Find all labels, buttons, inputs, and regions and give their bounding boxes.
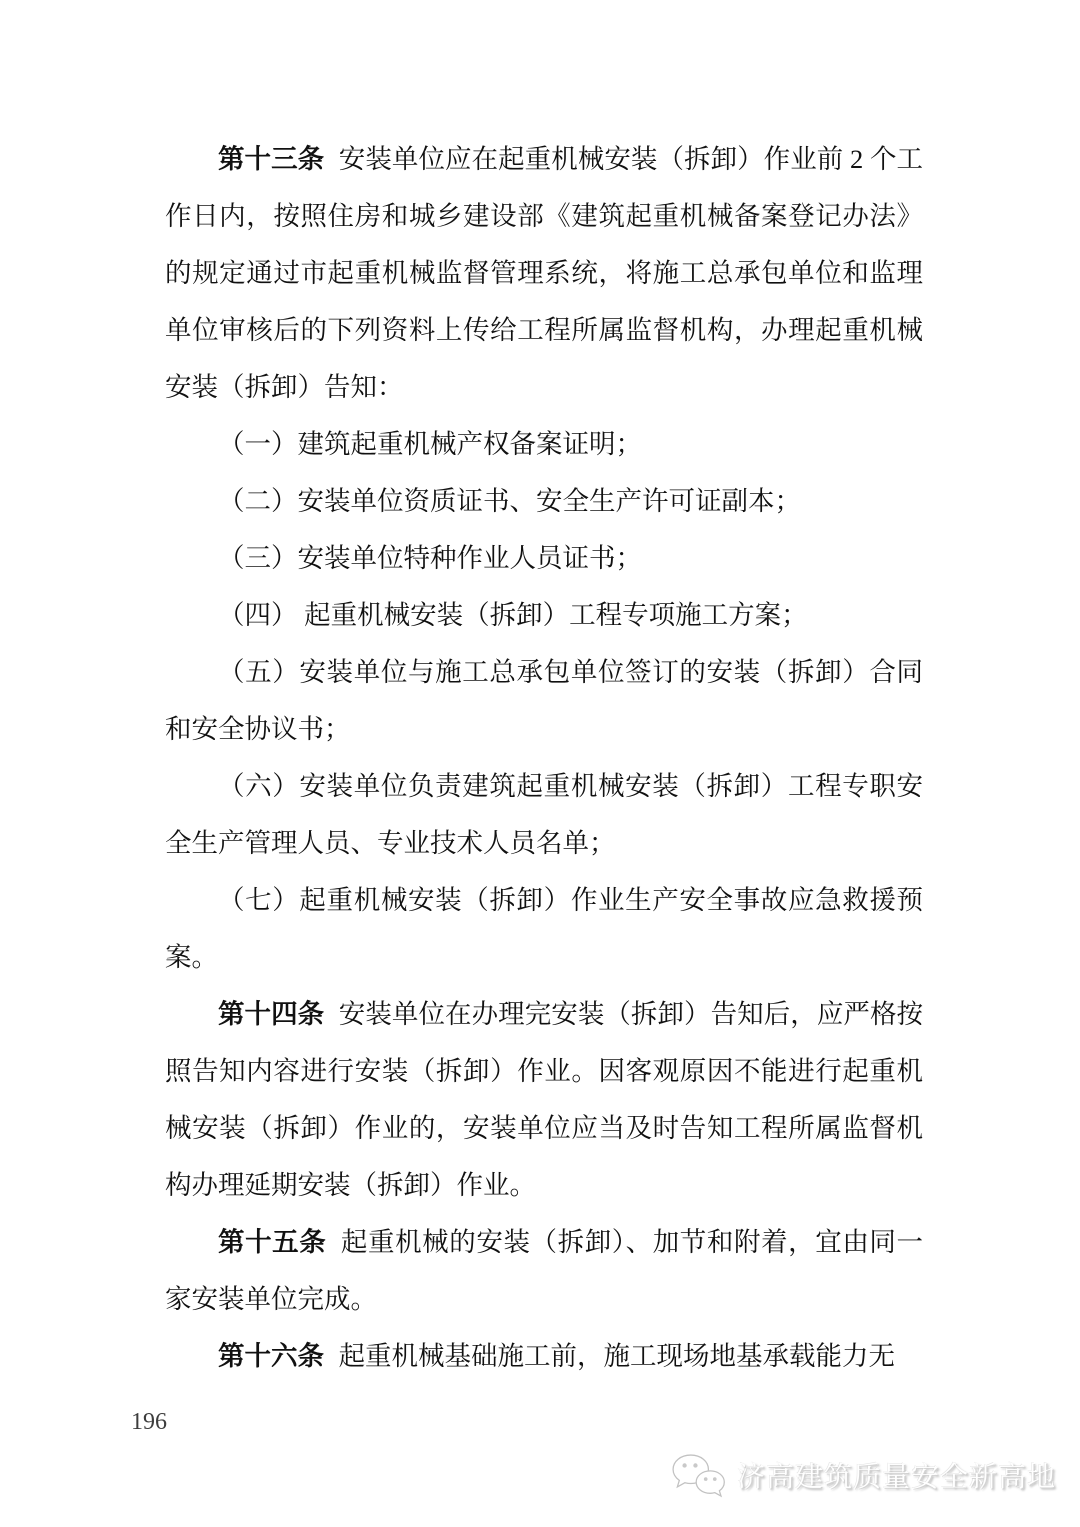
document-page: 第十三条安装单位应在起重机械安装（拆卸）作业前 2 个工作日内，按照住房和城乡建… (0, 0, 1080, 1527)
paragraph-text: （六）安装单位负责建筑起重机械安装（拆卸）工程专职安全生产管理人员、专业技术人员… (165, 771, 923, 858)
list-item-paragraph: （一）建筑起重机械产权备案证明； (165, 416, 923, 473)
paragraph-text: （一）建筑起重机械产权备案证明； (218, 429, 642, 459)
paragraph-text: 起重机械基础施工前，施工现场地基承载能力无 (339, 1341, 896, 1371)
list-item-paragraph: （四） 起重机械安装（拆卸）工程专项施工方案； (165, 587, 923, 644)
footer-watermark: 济高建筑质量安全新高地 (669, 1450, 1056, 1500)
paragraph-text: （三）安装单位特种作业人员证书； (218, 543, 642, 573)
watermark-text: 济高建筑质量安全新高地 (737, 1455, 1056, 1495)
page-number: 196 (131, 1404, 167, 1440)
article-number: 第十六条 (218, 1341, 324, 1371)
wechat-icon (669, 1450, 727, 1500)
list-item-paragraph: （二）安装单位资质证书、安全生产许可证副本； (165, 473, 923, 530)
paragraph-text: （七）起重机械安装（拆卸）作业生产安全事故应急救援预案。 (165, 885, 923, 972)
paragraph-text: 安装单位应在起重机械安装（拆卸）作业前 2 个工作日内，按照住房和城乡建设部《建… (165, 144, 923, 402)
list-item-paragraph: （六）安装单位负责建筑起重机械安装（拆卸）工程专职安全生产管理人员、专业技术人员… (165, 758, 923, 872)
article-paragraph: 第十三条安装单位应在起重机械安装（拆卸）作业前 2 个工作日内，按照住房和城乡建… (165, 131, 923, 416)
article-number: 第十三条 (218, 144, 324, 174)
list-item-paragraph: （七）起重机械安装（拆卸）作业生产安全事故应急救援预案。 (165, 872, 923, 986)
paragraph-text: 安装单位在办理完安装（拆卸）告知后，应严格按照告知内容进行安装（拆卸）作业。因客… (165, 999, 923, 1200)
article-paragraph: 第十六条起重机械基础施工前，施工现场地基承载能力无 (165, 1328, 923, 1385)
article-number: 第十四条 (218, 999, 324, 1029)
article-paragraph: 第十四条安装单位在办理完安装（拆卸）告知后，应严格按照告知内容进行安装（拆卸）作… (165, 986, 923, 1214)
paragraph-text: （五）安装单位与施工总承包单位签订的安装（拆卸）合同和安全协议书； (165, 657, 923, 744)
paragraph-text: （四） 起重机械安装（拆卸）工程专项施工方案； (218, 600, 808, 630)
article-number: 第十五条 (218, 1227, 326, 1257)
article-paragraph: 第十五条起重机械的安装（拆卸）、加节和附着，宜由同一家安装单位完成。 (165, 1214, 923, 1328)
list-item-paragraph: （三）安装单位特种作业人员证书； (165, 530, 923, 587)
paragraph-text: （二）安装单位资质证书、安全生产许可证副本； (218, 486, 801, 516)
list-item-paragraph: （五）安装单位与施工总承包单位签订的安装（拆卸）合同和安全协议书； (165, 644, 923, 758)
document-body: 第十三条安装单位应在起重机械安装（拆卸）作业前 2 个工作日内，按照住房和城乡建… (165, 131, 923, 1385)
